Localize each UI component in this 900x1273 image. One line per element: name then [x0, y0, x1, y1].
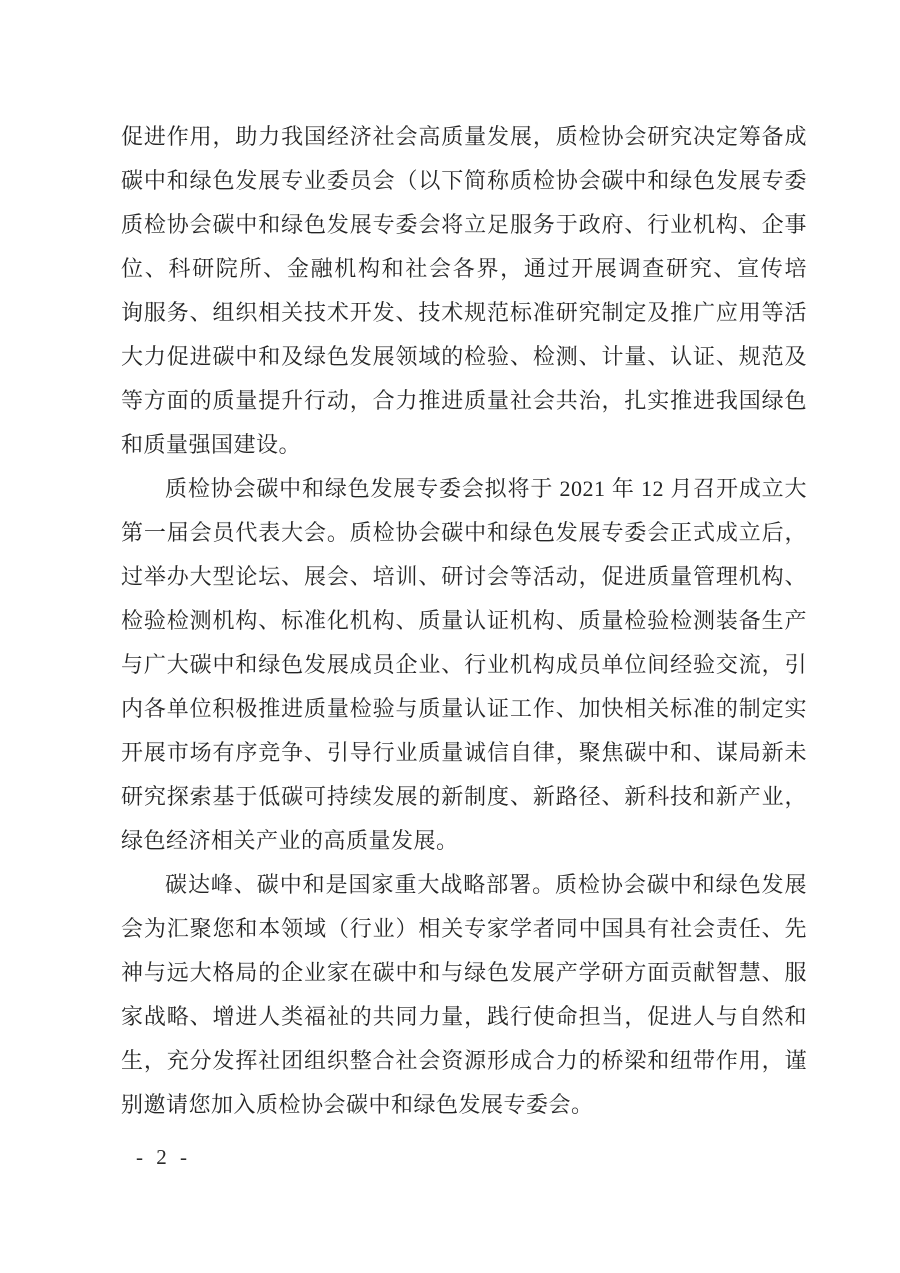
- text-line: 碳达峰、碳中和是国家重大战略部署。质检协会碳中和绿色发展专委: [121, 863, 807, 907]
- text-line: 研究探索基于低碳可持续发展的新制度、新路径、新科技和新产业，助力: [121, 775, 807, 819]
- paragraph: 促进作用，助力我国经济社会高质量发展，质检协会研究决定筹备成立碳中和绿色发展专业…: [121, 115, 807, 467]
- text-line: 质检协会碳中和绿色发展专委会将立足服务于政府、行业机构、企事业单: [121, 203, 807, 247]
- text-line: 位、科研院所、金融机构和社会各界，通过开展调查研究、宣传培训、咨: [121, 247, 807, 291]
- document-page: 促进作用，助力我国经济社会高质量发展，质检协会研究决定筹备成立碳中和绿色发展专业…: [0, 0, 900, 1273]
- text-line: 会为汇聚您和本领域（行业）相关专家学者同中国具有社会责任、先锋精: [121, 907, 807, 951]
- text-line: 碳中和绿色发展专业委员会（以下简称质检协会碳中和绿色发展专委会）。: [121, 159, 807, 203]
- document-body: 促进作用，助力我国经济社会高质量发展，质检协会研究决定筹备成立碳中和绿色发展专业…: [121, 115, 807, 1127]
- text-line: 质检协会碳中和绿色发展专委会拟将于 2021 年 12 月召开成立大会暨: [121, 467, 807, 511]
- text-line: 促进作用，助力我国经济社会高质量发展，质检协会研究决定筹备成立: [121, 115, 807, 159]
- text-line: 与广大碳中和绿色发展成员企业、行业机构成员单位间经验交流，引导业: [121, 643, 807, 687]
- text-line: 别邀请您加入质检协会碳中和绿色发展专委会。: [121, 1083, 807, 1127]
- text-line: 绿色经济相关产业的高质量发展。: [121, 819, 807, 863]
- page-number: - 2 -: [136, 1142, 191, 1172]
- paragraph: 碳达峰、碳中和是国家重大战略部署。质检协会碳中和绿色发展专委会为汇聚您和本领域（…: [121, 863, 807, 1127]
- text-line: 神与远大格局的企业家在碳中和与绿色发展产学研方面贡献智慧、服务国: [121, 951, 807, 995]
- paragraph: 质检协会碳中和绿色发展专委会拟将于 2021 年 12 月召开成立大会暨第一届会…: [121, 467, 807, 863]
- text-line: 第一届会员代表大会。质检协会碳中和绿色发展专委会正式成立后，将通: [121, 511, 807, 555]
- text-line: 生，充分发挥社团组织整合社会资源形成合力的桥梁和纽带作用，谨此特: [121, 1039, 807, 1083]
- text-line: 过举办大型论坛、展会、培训、研讨会等活动，促进质量管理机构、质量: [121, 555, 807, 599]
- text-line: 开展市场有序竞争、引导行业质量诚信自律，聚焦碳中和、谋局新未来，: [121, 731, 807, 775]
- text-line: 内各单位积极推进质量检验与质量认证工作、加快相关标准的制定实施、: [121, 687, 807, 731]
- text-line: 家战略、增进人类福祉的共同力量，践行使命担当，促进人与自然和谐共: [121, 995, 807, 1039]
- text-line: 大力促进碳中和及绿色发展领域的检验、检测、计量、认证、规范及标准: [121, 335, 807, 379]
- text-line: 等方面的质量提升行动，合力推进质量社会共治，扎实推进我国绿色发展: [121, 379, 807, 423]
- text-line: 询服务、组织相关技术开发、技术规范标准研究制定及推广应用等活动，: [121, 291, 807, 335]
- text-line: 检验检测机构、标准化机构、质量认证机构、质量检验检测装备生产企业: [121, 599, 807, 643]
- text-line: 和质量强国建设。: [121, 423, 807, 467]
